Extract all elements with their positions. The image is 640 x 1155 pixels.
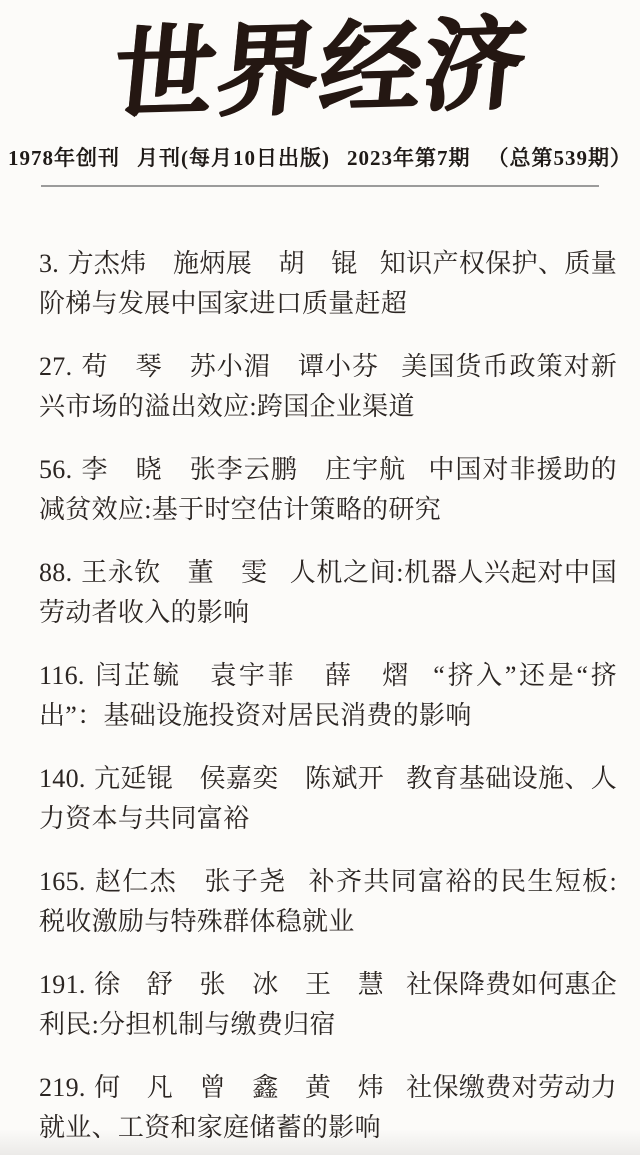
masthead: 世界经济 <box>0 4 640 136</box>
entry-authors: 方杰炜 施炳展 胡 锟 <box>67 249 357 278</box>
entry-authors: 赵仁杰 张子尧 <box>94 867 287 896</box>
entry-authors: 闫芷毓 袁宇菲 薛 熠 <box>93 661 411 690</box>
entry-page-number: 191. <box>39 970 86 999</box>
journal-toc-page: 世界经济 1978年创刊 月刊(每月10日出版) 2023年第7期 （总第539… <box>0 0 640 1155</box>
cumulative-issue-number: （总第539期） <box>488 142 633 172</box>
entry-authors: 何 凡 曾 鑫 黄 炜 <box>94 1073 384 1102</box>
entry-authors: 亢延锟 侯嘉奕 陈斌开 <box>94 764 384 793</box>
publication-info-line: 1978年创刊 月刊(每月10日出版) 2023年第7期 （总第539期） <box>0 142 640 172</box>
entry-authors: 王永钦 董 雯 <box>81 558 268 587</box>
entry-page-number: 27. <box>39 352 72 381</box>
entry-authors: 李 晓 张李云鹏 庄宇航 <box>81 455 407 484</box>
founding-year: 1978年创刊 <box>8 142 120 172</box>
toc-entry: 116.闫芷毓 袁宇菲 薛 熠“挤入”还是“挤出”：基础设施投资对居民消费的影响 <box>39 656 617 736</box>
journal-title-calligraphy: 世界经济 <box>109 14 532 126</box>
entry-authors: 苟 琴 苏小湄 谭小芬 <box>81 352 379 381</box>
table-of-contents: 3.方杰炜 施炳展 胡 锟知识产权保护、质量阶梯与发展中国家进口质量赶超 27.… <box>0 244 640 1148</box>
entry-page-number: 140. <box>39 764 86 793</box>
issue-number: 2023年第7期 <box>347 142 471 172</box>
entry-page-number: 219. <box>39 1073 86 1102</box>
entry-page-number: 88. <box>39 558 72 587</box>
toc-entry: 88.王永钦 董 雯人机之间:机器人兴起对中国劳动者收入的影响 <box>39 553 617 633</box>
header-divider <box>41 185 599 187</box>
toc-entry: 56.李 晓 张李云鹏 庄宇航中国对非援助的减贫效应:基于时空估计策略的研究 <box>39 450 617 530</box>
entry-authors: 徐 舒 张 冰 王 慧 <box>94 970 384 999</box>
publication-frequency: 月刊(每月10日出版) <box>137 142 330 172</box>
entry-page-number: 116. <box>39 661 85 690</box>
toc-entry: 191.徐 舒 张 冰 王 慧社保降费如何惠企利民:分担机制与缴费归宿 <box>39 965 617 1045</box>
toc-entry: 165.赵仁杰 张子尧补齐共同富裕的民生短板:税收激励与特殊群体稳就业 <box>39 862 617 942</box>
entry-page-number: 56. <box>39 455 72 484</box>
entry-page-number: 3. <box>39 249 59 278</box>
toc-entry: 3.方杰炜 施炳展 胡 锟知识产权保护、质量阶梯与发展中国家进口质量赶超 <box>39 244 617 324</box>
toc-entry: 27.苟 琴 苏小湄 谭小芬美国货币政策对新兴市场的溢出效应:跨国企业渠道 <box>39 347 617 427</box>
toc-entry: 140.亢延锟 侯嘉奕 陈斌开教育基础设施、人力资本与共同富裕 <box>39 759 617 839</box>
toc-entry: 219.何 凡 曾 鑫 黄 炜社保缴费对劳动力就业、工资和家庭储蓄的影响 <box>39 1068 617 1148</box>
entry-page-number: 165. <box>39 867 86 896</box>
